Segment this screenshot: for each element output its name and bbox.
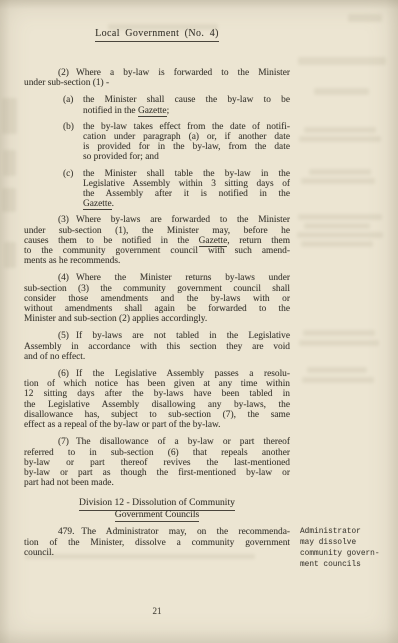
paragraph-line: without amendments shall again be forwar… (24, 304, 290, 314)
paragraph-line: consider those amendments and the by-law… (24, 294, 290, 304)
paragraph-line: (5)If by-laws are not tabled in the Legi… (24, 331, 290, 341)
paragraph-line: part had not been made. (24, 478, 290, 488)
ghost-mark (4, 242, 16, 268)
ghost-mark (304, 127, 376, 133)
marginal-note-line: ment councils (300, 560, 398, 571)
paragraph-line: 479.The Administrator may, on the recomm… (24, 527, 290, 537)
paragraph-7: (7)The disallowance of a by-law or part … (24, 437, 290, 488)
ghost-mark (301, 241, 373, 247)
paragraph-text: The Administrator may, on the recommenda… (81, 527, 290, 537)
paragraph-line: the by-law takes effect from the date of… (83, 122, 290, 132)
paragraph-line: to the community government council with… (24, 246, 290, 256)
paragraph-6: (6)If the Legislative Assembly passes a … (24, 369, 290, 430)
paragraph-line: tion of which notice has been given at a… (24, 379, 290, 389)
paragraph-line: Gazette. (83, 199, 290, 209)
paragraph-text: Where the Minister returns by-laws under (76, 273, 290, 283)
list-item-label: (c) (63, 169, 73, 179)
paragraph-2: (2)Where a by-law is forwarded to the Mi… (24, 68, 290, 88)
paragraph-line: disallowance has, subject to sub-section… (24, 410, 290, 420)
body-column: (2)Where a by-law is forwarded to the Mi… (24, 68, 290, 565)
paragraph-4: (4)Where the Minister returns by-laws un… (24, 273, 290, 324)
paragraph-line: council. (24, 548, 290, 558)
ghost-mark (299, 340, 379, 346)
paragraph-number: (5) (58, 331, 69, 341)
paragraph-line: the Minister shall cause the by-law to b… (83, 95, 290, 105)
paragraph-5: (5)If by-laws are not tabled in the Legi… (24, 331, 290, 362)
page-header: Local Government (No. 4) (24, 28, 290, 39)
paragraph-3: (3)Where by-laws are forwarded to the Mi… (24, 215, 290, 266)
paragraph-number: (2) (58, 68, 69, 78)
list-item-label: (a) (63, 95, 73, 105)
marginal-note-line: may dissolve (300, 538, 398, 549)
paragraph-line: (7)The disallowance of a by-law or part … (24, 437, 290, 447)
paragraph-line: cation under paragraph (a) or, if anothe… (83, 132, 290, 142)
paragraph-text: ; (167, 106, 170, 116)
ghost-mark (297, 232, 383, 238)
paragraph-line: by-law or part as though the first-menti… (24, 468, 290, 478)
page-number: 21 (24, 606, 290, 616)
paragraph-479: 479.The Administrator may, on the recomm… (24, 527, 290, 558)
paragraph-line: effect as a repeal of the by-law or part… (24, 420, 290, 430)
paragraph-line: and of no effect. (24, 352, 290, 362)
paragraph-line: Minister and sub-section (2) applies acc… (24, 314, 290, 324)
division-heading-text: Government Councils (115, 509, 199, 523)
paragraph-line: ments as he recommends. (24, 256, 290, 266)
ghost-mark (348, 14, 382, 22)
document-page: Local Government (No. 4) (2)Where a by-l… (0, 0, 398, 643)
division-heading-line: Government Councils (24, 509, 290, 521)
paragraph-number: (4) (58, 273, 69, 283)
paragraph-line: under sub-section (1) - (24, 78, 290, 88)
division-heading-line: Division 12 - Dissolution of Community (24, 497, 290, 509)
list-item-a: (a) the Minister shall cause the by-law … (24, 95, 290, 115)
section-number: 479. (58, 527, 74, 537)
paragraph-line: (4)Where the Minister returns by-laws un… (24, 273, 290, 283)
paragraph-number: (3) (58, 215, 69, 225)
marginal-note: Administrator may dissolve community gov… (300, 527, 398, 570)
paragraph-text: causes them to be notified in the (24, 236, 199, 246)
list-item-label: (b) (63, 122, 74, 132)
paragraph-line: causes them to be notified in the Gazett… (24, 236, 290, 246)
underlined-word: Gazette (138, 106, 167, 117)
paragraph-line: the Assembly after it is notified in the (83, 189, 290, 199)
paragraph-line: (6)If the Legislative Assembly passes a … (24, 369, 290, 379)
paragraph-line: under sub-section (1), the Minister may,… (24, 226, 290, 236)
ghost-mark (303, 330, 375, 336)
page-header-title: Local Government (No. 4) (95, 28, 219, 42)
paragraph-line: (3)Where by-laws are forwarded to the Mi… (24, 215, 290, 225)
paragraph-text: If by-laws are not tabled in the Legisla… (76, 331, 290, 341)
paragraph-line: sub-section (3) the community government… (24, 284, 290, 294)
paragraph-number: (7) (58, 437, 69, 447)
ghost-mark (307, 367, 367, 373)
paragraph-text: Where by-laws are forwarded to the Minis… (76, 215, 290, 225)
list-item-c: (c) the Minister shall table the by-law … (24, 169, 290, 210)
ghost-mark (301, 178, 375, 184)
ghost-mark (309, 169, 371, 175)
paragraph-text: notified in the (83, 106, 138, 116)
ghost-mark (304, 223, 370, 229)
ghost-mark (314, 88, 369, 95)
paragraph-line: 12 sitting days after the by-laws have b… (24, 389, 290, 399)
paragraph-line: (2)Where a by-law is forwarded to the Mi… (24, 68, 290, 78)
paragraph-line: the Minister shall table the by-law in t… (83, 169, 290, 179)
ghost-mark (298, 214, 382, 220)
ghost-mark (298, 57, 386, 65)
paragraph-line: tion of the Minister, dissolve a communi… (24, 538, 290, 548)
paragraph-line: Legislative Assembly within 3 sitting da… (83, 179, 290, 189)
ghost-mark (3, 150, 16, 176)
division-heading: Division 12 - Dissolution of Community G… (24, 497, 290, 520)
paragraph-number: (6) (58, 369, 69, 379)
ghost-mark (2, 188, 16, 212)
paragraph-line: so provided for; and (83, 152, 290, 162)
underlined-word: Gazette (83, 199, 112, 210)
paragraph-line: is provided for in the by-law, from the … (83, 142, 290, 152)
paragraph-line: by-law or part thereof revives the last-… (24, 458, 290, 468)
paragraph-line: the Legislative Assembly disallowing any… (24, 400, 290, 410)
marginal-note-line: Administrator (300, 527, 398, 538)
paragraph-text: If the Legislative Assembly passes a res… (76, 369, 290, 379)
marginal-note-line: community govern- (300, 549, 398, 560)
ghost-mark (299, 136, 381, 142)
list-item-b: (b) the by-law takes effect from the dat… (24, 122, 290, 163)
ghost-mark (2, 98, 17, 134)
paragraph-text: . (112, 199, 114, 209)
paragraph-line: notified in the Gazette; (83, 106, 290, 116)
paragraph-line: referred to in sub-section (6) that repe… (24, 448, 290, 458)
paragraph-line: Assembly in accordance with this section… (24, 342, 290, 352)
paragraph-text: , return them (227, 236, 290, 246)
paragraph-text: Where a by-law is forwarded to the Minis… (76, 68, 290, 78)
paragraph-text: The disallowance of a by-law or part the… (76, 437, 290, 447)
ghost-mark (302, 377, 374, 383)
